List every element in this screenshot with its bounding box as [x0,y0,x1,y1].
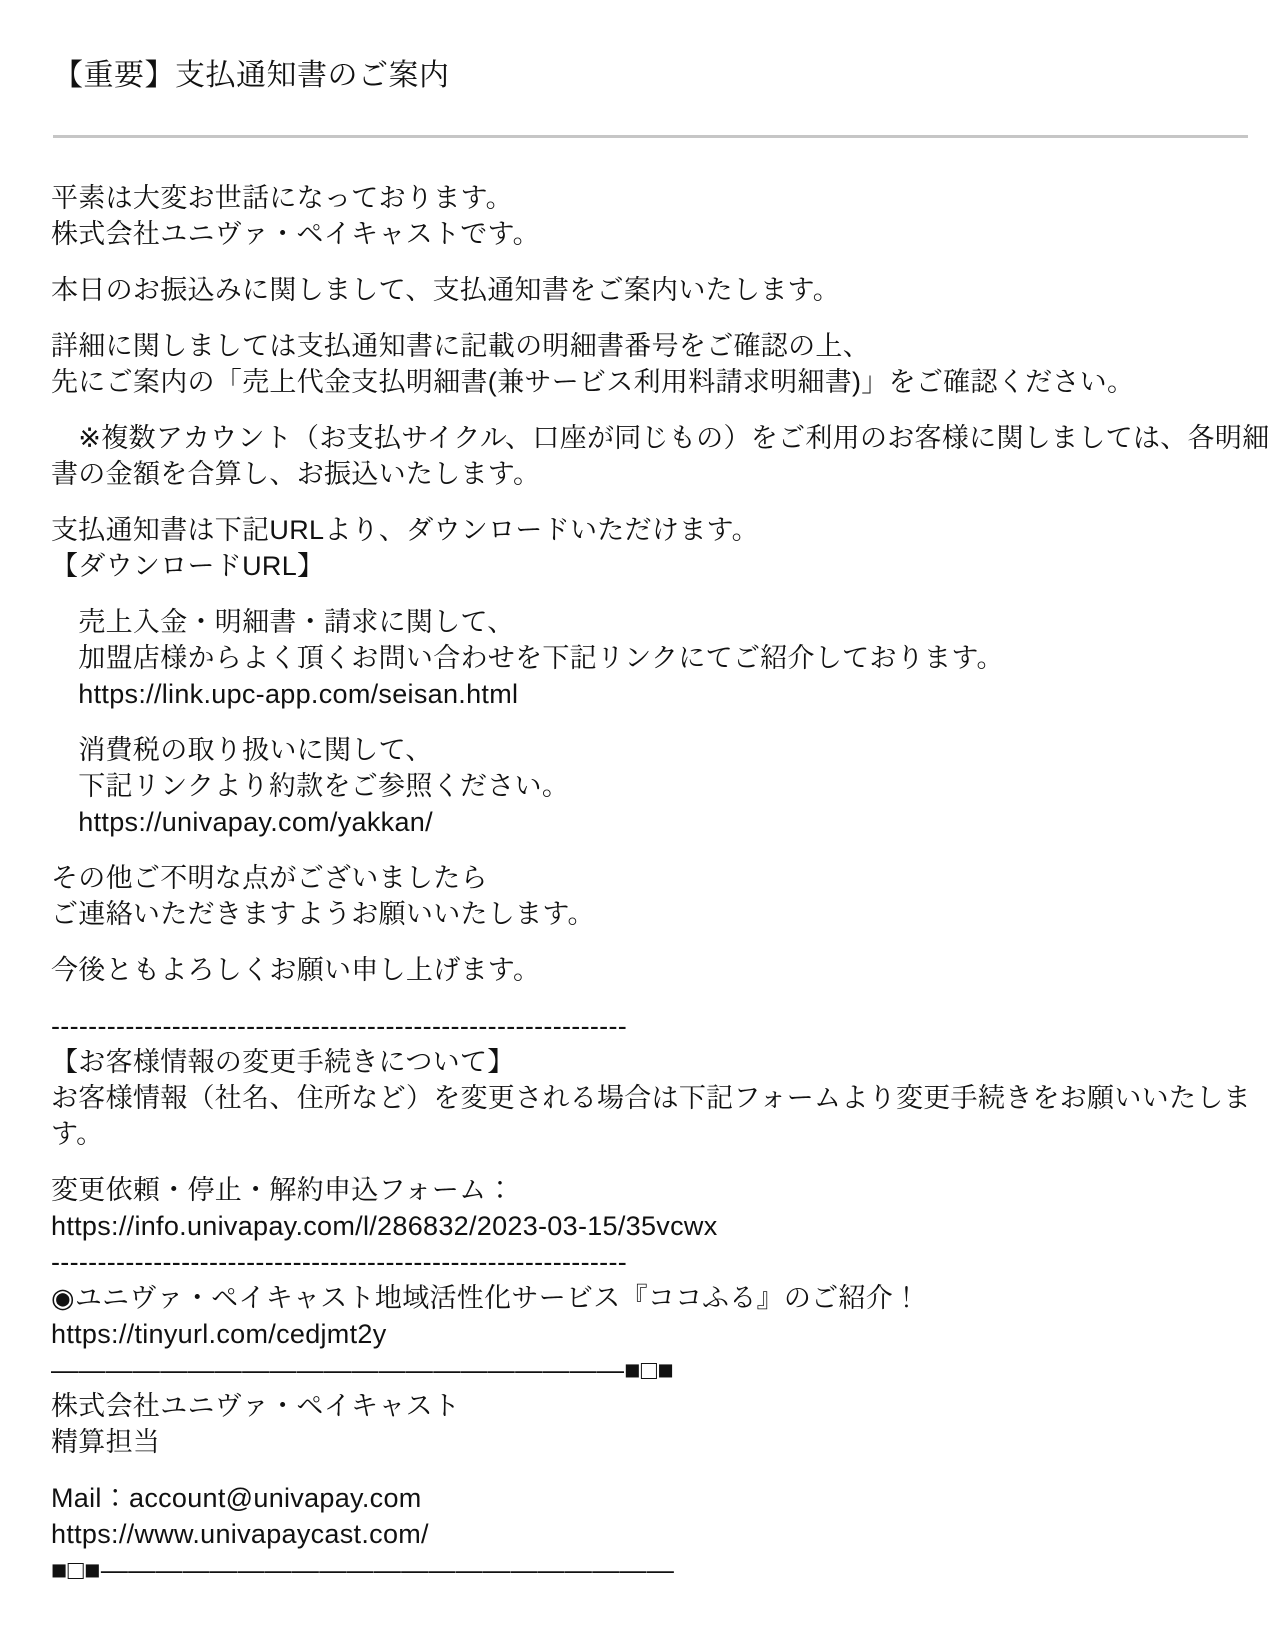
body-line: ■□■――――――――――――――――――――― [51,1552,1248,1588]
body-line: 【ダウンロードURL】 [51,548,1248,584]
blank-line [51,932,1248,952]
body-line: 加盟店様からよく頂くお問い合わせを下記リンクにてご紹介しております。 [51,640,1248,676]
email-subject: 【重要】支払通知書のご案内 [53,57,1248,95]
url-line[interactable]: https://tinyurl.com/cedjmt2y [51,1316,1248,1352]
blank-line [51,584,1248,604]
body-line: 書の金額を合算し、お振込いたします。 [51,456,1248,492]
blank-line [51,840,1248,860]
body-line: 変更依頼・停止・解約申込フォーム： [51,1172,1248,1208]
body-line: 株式会社ユニヴァ・ペイキャスト [51,1388,1248,1424]
body-line: ----------------------------------------… [51,1244,1248,1280]
blank-line [51,252,1248,272]
email-body: 平素は大変お世話になっております。株式会社ユニヴァ・ペイキャストです。本日のお振… [51,180,1248,1588]
url-line[interactable]: https://univapay.com/yakkan/ [51,804,1248,840]
body-line: 本日のお振込みに関しまして、支払通知書をご案内いたします。 [51,272,1248,308]
blank-line [51,492,1248,512]
blank-line [51,1460,1248,1480]
body-line: 平素は大変お世話になっております。 [51,180,1248,216]
body-line: 精算担当 [51,1424,1248,1460]
body-line: 株式会社ユニヴァ・ペイキャストです。 [51,216,1248,252]
body-line: ※複数アカウント（お支払サイクル、口座が同じもの）をご利用のお客様に関しましては… [51,420,1248,456]
body-line: 今後ともよろしくお願い申し上げます。 [51,952,1248,988]
blank-line [51,308,1248,328]
body-line: す。 [51,1116,1248,1152]
url-line[interactable]: https://link.upc-app.com/seisan.html [51,676,1248,712]
subject-divider [53,135,1248,138]
body-line: ◉ユニヴァ・ペイキャスト地域活性化サービス『ココふる』のご紹介！ [51,1280,1248,1316]
url-line[interactable]: https://www.univapaycast.com/ [51,1516,1248,1552]
body-line: その他ご不明な点がございましたら [51,860,1248,896]
body-line: 詳細に関しましては支払通知書に記載の明細書番号をご確認の上、 [51,328,1248,364]
body-line: ----------------------------------------… [51,1008,1248,1044]
body-line: 先にご案内の「売上代金支払明細書(兼サービス利用料請求明細書)」をご確認ください… [51,364,1248,400]
body-line: ―――――――――――――――――――――■□■ [51,1352,1248,1388]
body-line: 【お客様情報の変更手続きについて】 [51,1044,1248,1080]
body-line: 下記リンクより約款をご参照ください。 [51,768,1248,804]
blank-line [51,988,1248,1008]
body-line: 売上入金・明細書・請求に関して、 [51,604,1248,640]
body-line: お客様情報（社名、住所など）を変更される場合は下記フォームより変更手続きをお願い… [51,1080,1248,1116]
email-page: 【重要】支払通知書のご案内 平素は大変お世話になっております。株式会社ユニヴァ・… [0,0,1280,1646]
url-line[interactable]: https://info.univapay.com/l/286832/2023-… [51,1208,1248,1244]
blank-line [51,712,1248,732]
body-line: 消費税の取り扱いに関して、 [51,732,1248,768]
body-line: 支払通知書は下記URLより、ダウンロードいただけます。 [51,512,1248,548]
blank-line [51,400,1248,420]
email-address-line[interactable]: Mail：account@univapay.com [51,1480,1248,1516]
body-line: ご連絡いただきますようお願いいたします。 [51,896,1248,932]
blank-line [51,1152,1248,1172]
